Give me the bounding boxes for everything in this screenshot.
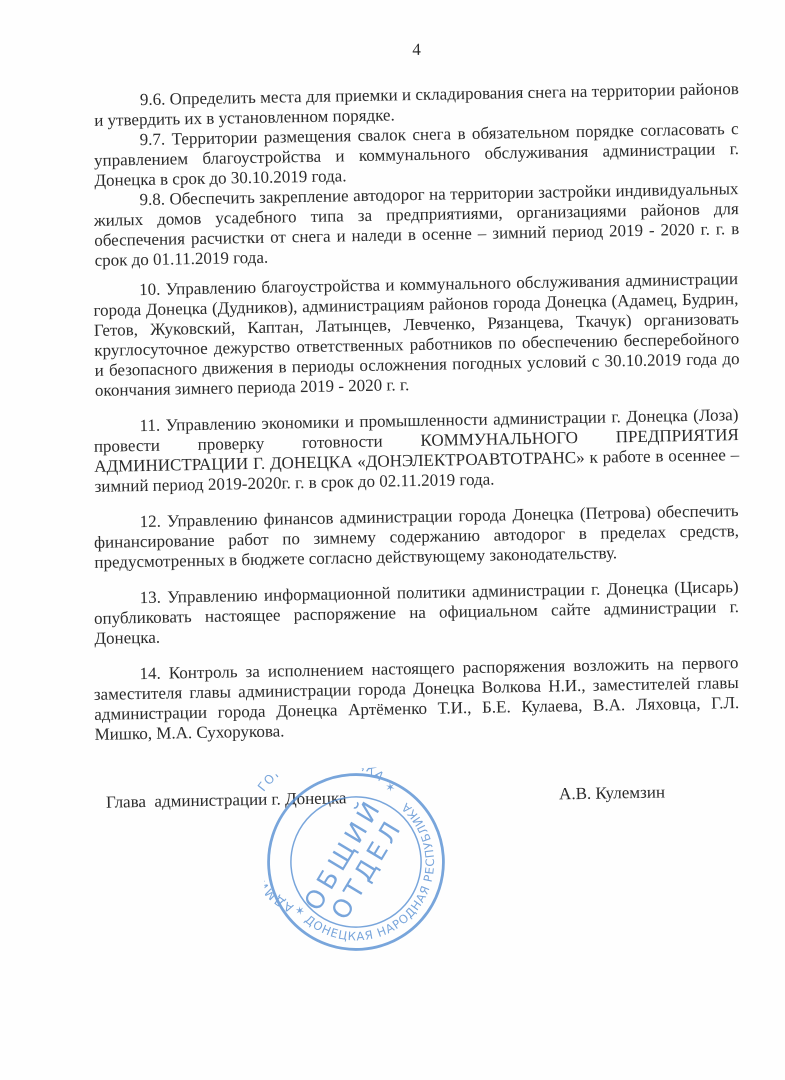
paragraph-10: 10. Управлению благоустройства и коммуна… bbox=[93, 269, 740, 401]
document-body: 4 9.6. Определить места для приемки и ск… bbox=[94, 40, 739, 807]
signature-title: Глава администрации г. Донецка bbox=[106, 788, 347, 812]
paragraph-11: 11. Управлению экономики и промышленност… bbox=[93, 405, 739, 497]
paragraph-12: 12. Управлению финансов администрации го… bbox=[94, 501, 740, 573]
signature-name: А.В. Кулемзин bbox=[559, 782, 665, 804]
paragraph-14: 14. Контроль за исполнением настоящего р… bbox=[93, 653, 739, 745]
stamp-center-line2: ОТДЕЛ bbox=[326, 813, 409, 925]
signature-row: Глава администрации г. Донецка А.В. Куле… bbox=[94, 781, 739, 813]
scanned-document-page: 4 9.6. Определить места для приемки и ск… bbox=[0, 0, 785, 1080]
stamp-inner-ring bbox=[287, 793, 426, 932]
paragraph-9-8: 9.8. Обеспечить закрепление автодорог на… bbox=[93, 179, 739, 271]
stamp-center-line1: ОБЩИЙ bbox=[298, 793, 387, 915]
paragraph-13: 13. Управлению информационной политики а… bbox=[94, 577, 740, 649]
stamp-bottom-arc-text: ✶ ДОНЕЦКАЯ НАРОДНАЯ РЕСПУБЛИКА bbox=[284, 798, 443, 948]
page-number: 4 bbox=[94, 35, 739, 64]
